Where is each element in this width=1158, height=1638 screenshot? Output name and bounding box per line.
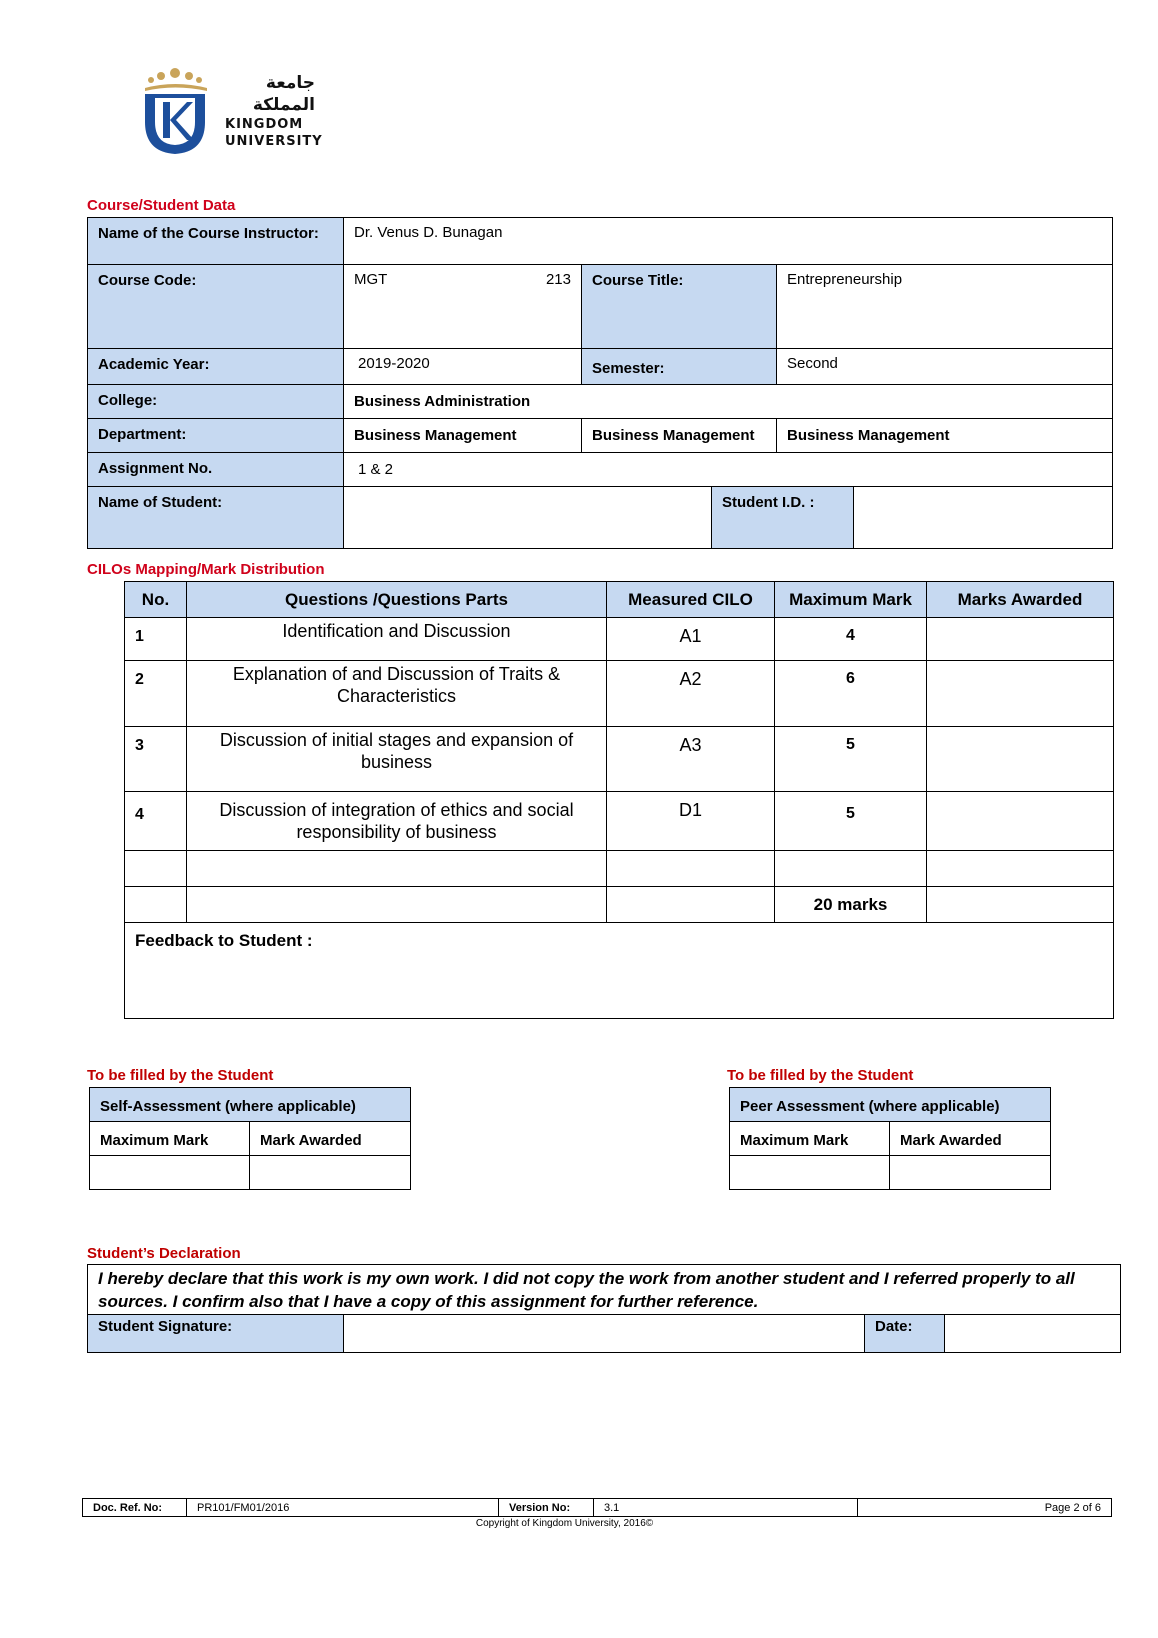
self-assessment-section-title: To be filled by the Student	[87, 1067, 273, 1084]
row-cilo: A2	[607, 661, 775, 727]
college-value[interactable]: Business Administration	[344, 385, 1113, 419]
course-code-number: 213	[546, 271, 571, 288]
self-assessment-table: Self-Assessment (where applicable) Maxim…	[89, 1087, 411, 1190]
cilo-section-title: CILOs Mapping/Mark Distribution	[87, 561, 325, 578]
department-label: Department:	[88, 419, 344, 453]
instructor-label: Name of the Course Instructor:	[88, 218, 344, 265]
table-row: 4 Discussion of integration of ethics an…	[125, 792, 1114, 851]
self-max-mark-field[interactable]	[90, 1156, 250, 1190]
signature-field[interactable]	[344, 1315, 865, 1353]
row-max-mark: 5	[775, 792, 927, 851]
empty-cell	[607, 887, 775, 923]
declaration-text: I hereby declare that this work is my ow…	[88, 1265, 1121, 1315]
total-marks: 20 marks	[775, 887, 927, 923]
declaration-table: I hereby declare that this work is my ow…	[87, 1264, 1121, 1353]
row-question: Discussion of integration of ethics and …	[187, 792, 607, 851]
empty-cell	[125, 887, 187, 923]
row-cilo: A3	[607, 727, 775, 792]
version-value: 3.1	[594, 1499, 858, 1517]
peer-assessment-table: Peer Assessment (where applicable) Maxim…	[729, 1087, 1051, 1190]
table-row-empty	[125, 851, 1114, 887]
self-mark-awarded-field[interactable]	[250, 1156, 411, 1190]
course-title-label: Course Title:	[582, 265, 777, 349]
row-question: Explanation of and Discussion of Traits …	[187, 661, 607, 727]
signature-label: Student Signature:	[88, 1315, 344, 1353]
logo-arabic-line2: المملكة	[225, 94, 315, 116]
self-mark-awarded-label: Mark Awarded	[250, 1122, 411, 1156]
college-label: College:	[88, 385, 344, 419]
version-label: Version No:	[499, 1499, 594, 1517]
row-question: Discussion of initial stages and expansi…	[187, 727, 607, 792]
feedback-label: Feedback to Student :	[135, 931, 313, 950]
course-code-value[interactable]: MGT 213	[344, 265, 582, 349]
course-code-prefix: MGT	[354, 271, 387, 288]
row-no: 2	[125, 661, 187, 727]
row-cilo: D1	[607, 792, 775, 851]
academic-year-value[interactable]: 2019-2020	[344, 349, 582, 385]
row-marks-awarded[interactable]	[927, 792, 1114, 851]
peer-assessment-section-title: To be filled by the Student	[727, 1067, 913, 1084]
kingdom-university-emblem-icon	[141, 68, 211, 160]
table-row: 2 Explanation of and Discussion of Trait…	[125, 661, 1114, 727]
university-logo: جامعة المملكة KINGDOM UNIVERSITY	[141, 68, 315, 160]
row-max-mark: 5	[775, 727, 927, 792]
course-code-label: Course Code:	[88, 265, 344, 349]
page-number: Page 2 of 6	[858, 1499, 1112, 1517]
empty-cell	[607, 851, 775, 887]
doc-ref-label: Doc. Ref. No:	[83, 1499, 187, 1517]
empty-cell	[187, 851, 607, 887]
logo-english-line1: KINGDOM	[225, 116, 315, 133]
table-row: 1 Identification and Discussion A1 4	[125, 618, 1114, 661]
peer-max-mark-label: Maximum Mark	[730, 1122, 890, 1156]
instructor-value[interactable]: Dr. Venus D. Bunagan	[344, 218, 1113, 265]
student-name-field[interactable]	[344, 487, 712, 548]
semester-label: Semester:	[582, 349, 777, 385]
row-marks-awarded[interactable]	[927, 661, 1114, 727]
table-row-total: 20 marks	[125, 887, 1114, 923]
row-cilo: A1	[607, 618, 775, 661]
row-no: 3	[125, 727, 187, 792]
self-max-mark-label: Maximum Mark	[90, 1122, 250, 1156]
row-marks-awarded[interactable]	[927, 618, 1114, 661]
row-max-mark: 6	[775, 661, 927, 727]
peer-mark-awarded-label: Mark Awarded	[890, 1122, 1051, 1156]
row-question: Identification and Discussion	[187, 618, 607, 661]
student-name-label: Name of Student:	[88, 487, 344, 549]
row-max-mark: 4	[775, 618, 927, 661]
student-id-label: Student I.D. :	[712, 487, 854, 548]
header-no: No.	[125, 582, 187, 618]
table-row: 3 Discussion of initial stages and expan…	[125, 727, 1114, 792]
course-section-title: Course/Student Data	[87, 197, 235, 214]
date-label: Date:	[865, 1315, 945, 1353]
self-assessment-heading: Self-Assessment (where applicable)	[90, 1088, 411, 1122]
peer-max-mark-field[interactable]	[730, 1156, 890, 1190]
copyright-notice: Copyright of Kingdom University, 2016©	[0, 1518, 1129, 1529]
declaration-section-title: Student’s Declaration	[87, 1245, 241, 1262]
doc-ref-value: PR101/FM01/2016	[187, 1499, 499, 1517]
document-footer: Doc. Ref. No: PR101/FM01/2016 Version No…	[82, 1498, 1112, 1517]
empty-cell	[187, 887, 607, 923]
assignment-value[interactable]: 1 & 2	[344, 453, 1113, 487]
date-field[interactable]	[945, 1315, 1121, 1353]
feedback-field[interactable]: Feedback to Student :	[125, 923, 1114, 1019]
header-measured-cilo: Measured CILO	[607, 582, 775, 618]
student-id-field[interactable]	[854, 487, 1112, 548]
academic-year-label: Academic Year:	[88, 349, 344, 385]
logo-arabic-line1: جامعة	[225, 72, 315, 94]
cilo-mapping-table: No. Questions /Questions Parts Measured …	[124, 581, 1114, 1019]
header-questions: Questions /Questions Parts	[187, 582, 607, 618]
course-student-data-table: Name of the Course Instructor: Dr. Venus…	[87, 217, 1113, 549]
department-value-1[interactable]: Business Management	[344, 419, 582, 453]
header-maximum-mark: Maximum Mark	[775, 582, 927, 618]
total-awarded-cell[interactable]	[927, 887, 1114, 923]
row-no: 4	[125, 792, 187, 851]
assignment-label: Assignment No.	[88, 453, 344, 487]
logo-english-line2: UNIVERSITY	[225, 133, 315, 150]
empty-cell	[125, 851, 187, 887]
empty-cell	[775, 851, 927, 887]
row-no: 1	[125, 618, 187, 661]
row-marks-awarded[interactable]	[927, 727, 1114, 792]
empty-cell[interactable]	[927, 851, 1114, 887]
semester-value[interactable]: Second	[777, 349, 1113, 385]
peer-mark-awarded-field[interactable]	[890, 1156, 1051, 1190]
department-value-3[interactable]: Business Management	[777, 419, 1113, 453]
course-title-value[interactable]: Entrepreneurship	[777, 265, 1113, 349]
department-value-2[interactable]: Business Management	[582, 419, 777, 453]
header-marks-awarded: Marks Awarded	[927, 582, 1114, 618]
peer-assessment-heading: Peer Assessment (where applicable)	[730, 1088, 1051, 1122]
